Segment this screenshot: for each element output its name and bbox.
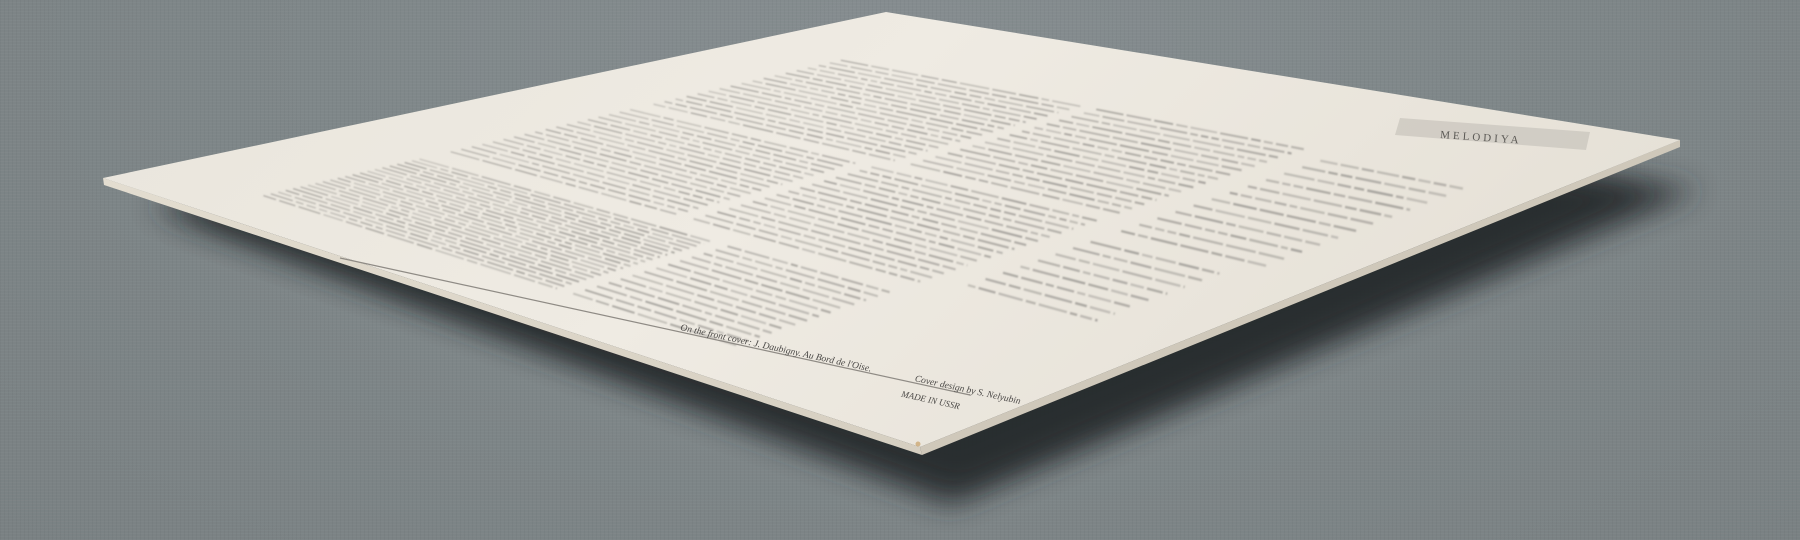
photo-scene: MELODIYA On the front cover: J. Daubigny… (0, 0, 1800, 540)
wear-mark (916, 442, 921, 447)
record-sleeve-photo: MELODIYA On the front cover: J. Daubigny… (0, 0, 1800, 540)
sleeve-face (103, 12, 1680, 447)
